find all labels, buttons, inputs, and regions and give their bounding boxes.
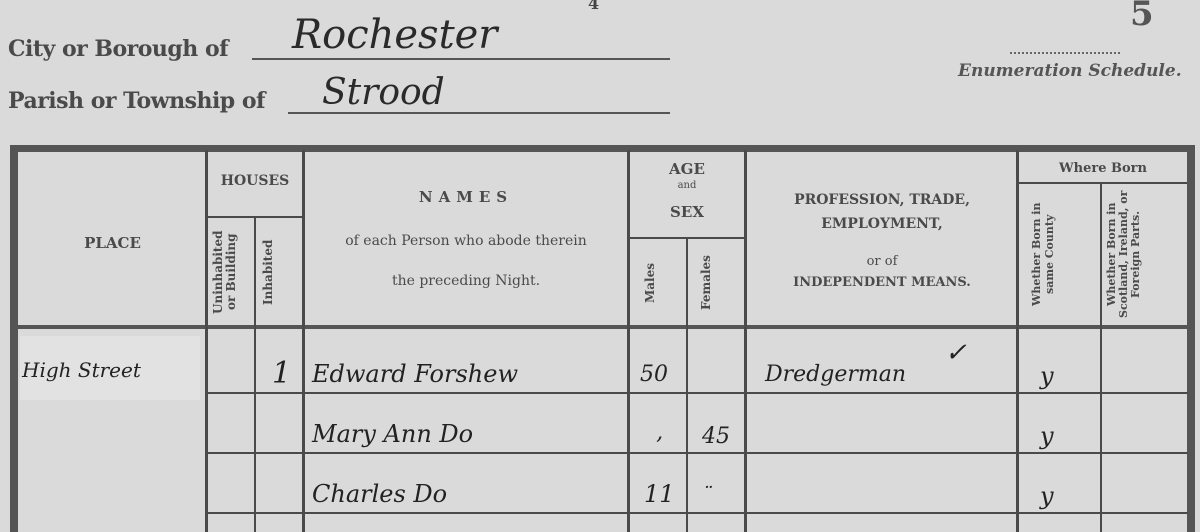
col-header-names-sub2: the preceding Night.: [305, 273, 627, 289]
col-sep-houses-inner: [254, 217, 256, 532]
col-header-age: AGE: [630, 160, 744, 178]
row-2-female-age: 45: [702, 424, 730, 449]
checkmark-icon: ✓: [945, 338, 967, 368]
borough-value: Rochester: [292, 12, 497, 58]
col-header-profession-1: PROFESSION, TRADE,: [748, 192, 1016, 208]
row-3-same-county: y: [1040, 482, 1054, 510]
col-sep-age: [744, 150, 747, 532]
parish-label: Parish or Township of: [8, 88, 265, 114]
row-1-profession: Dredgerman: [765, 362, 906, 387]
col-header-where-born: Where Born: [1019, 161, 1187, 176]
age-sub-line: [630, 237, 744, 239]
row-1-inhabited: 1: [272, 356, 291, 391]
col-header-born-foreign: Whether Born in Scotland, Ireland, or Fo…: [1106, 188, 1182, 320]
row-1-same-county: y: [1040, 362, 1054, 390]
col-header-sex: SEX: [630, 203, 744, 221]
col-header-names-sub1: of each Person who abode therein: [305, 233, 627, 249]
col-header-names: NAMES: [305, 188, 627, 206]
col-header-males: Males: [644, 244, 678, 322]
table-right-border: [1187, 145, 1195, 532]
col-header-inhabited: Inhabited: [262, 222, 298, 322]
row-3-name: Charles Do: [312, 480, 447, 508]
borough-label: City or Borough of: [8, 36, 228, 62]
dotted-leader: [1010, 52, 1120, 54]
page-number: 5: [1130, 0, 1154, 34]
col-sep-place: [205, 150, 208, 532]
top-mark: 4: [588, 0, 599, 13]
col-sep-profession: [1016, 150, 1019, 532]
row-1-name: Edward Forshew: [312, 360, 518, 388]
col-sep-houses: [302, 150, 305, 532]
col-header-uninhabited: Uninhabited or Building: [212, 222, 250, 322]
row-3-male-age: 11: [644, 480, 675, 508]
born-sub-line: [1019, 182, 1187, 184]
col-header-profession-3: or of: [748, 254, 1016, 269]
row-line-3: [208, 512, 1188, 514]
col-sep-born-inner: [1100, 182, 1102, 532]
houses-sub-line: [208, 216, 302, 218]
row-2-same-county: y: [1040, 422, 1054, 450]
row-line-2: [208, 452, 1188, 454]
row-1-place: High Street: [22, 358, 141, 382]
parish-value: Strood: [322, 72, 445, 113]
row-3-female-age: ¨: [702, 482, 712, 506]
col-header-houses: HOUSES: [206, 173, 304, 189]
col-sep-age-inner: [686, 237, 688, 532]
row-2-male-age: ‚: [656, 420, 663, 445]
table-left-border: [10, 145, 18, 532]
col-header-age-and: and: [630, 180, 744, 191]
col-header-profession-2: EMPLOYMENT,: [748, 216, 1016, 232]
col-header-females: Females: [700, 244, 734, 322]
row-line-1: [208, 392, 1188, 394]
col-header-place: PLACE: [20, 234, 205, 252]
row-1-male-age: 50: [640, 362, 668, 387]
col-header-profession-4: INDEPENDENT MEANS.: [748, 275, 1016, 290]
row-2-name: Mary Ann Do: [312, 420, 473, 448]
borough-rule: [252, 58, 670, 60]
schedule-label: Enumeration Schedule.: [958, 61, 1182, 81]
col-header-born-same-county: Whether Born in same County: [1030, 188, 1092, 320]
